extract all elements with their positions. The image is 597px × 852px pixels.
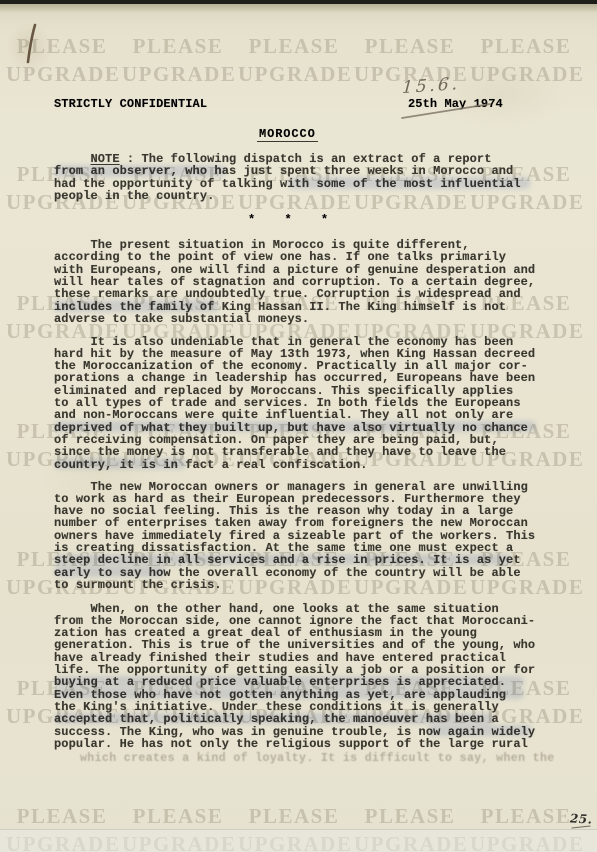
typed-line: to work as hard as their European predec… <box>54 493 521 505</box>
typed-line: and non-Moroccans were quite influential… <box>54 409 513 421</box>
typed-line: life. The opportunity of getting easily … <box>54 664 535 676</box>
typed-line: accepted that, politically speaking, the… <box>54 713 499 725</box>
page-title: MOROCCO <box>257 128 318 142</box>
typed-line: people in the country. <box>54 190 214 202</box>
typed-line: to all types of trade and services. In b… <box>54 397 521 409</box>
typed-line: had the opportunity of talking with some… <box>54 178 521 190</box>
typed-line: The present situation in Morocco is quit… <box>54 239 470 251</box>
typed-line: porations a change in leadership has occ… <box>54 372 535 384</box>
typed-line: is creating dissatisfaction. At the same… <box>54 542 513 554</box>
typed-line: from an observer, who has just spent thr… <box>54 165 513 177</box>
typed-line: deprived of what they built up, but have… <box>54 422 528 434</box>
typed-line: It is also undeniable that in general th… <box>54 336 513 348</box>
typed-line: The new Moroccan owners or managers in g… <box>54 481 528 493</box>
typed-line: zation has created a great deal of enthu… <box>54 627 477 639</box>
typed-line: from the Moroccan side, one cannot ignor… <box>54 615 535 627</box>
typed-line: country, it is in fact a real confiscati… <box>54 459 368 471</box>
typed-line: Even those who have not gotten anything … <box>54 689 506 701</box>
typed-line: buying at a reduced price valuable enter… <box>54 676 506 688</box>
typed-line: success. The King, who was in genuine tr… <box>54 726 535 738</box>
typed-line: these remarks are undoubtedly true. Corr… <box>54 288 521 300</box>
document-date: 25th May 1974 <box>408 98 503 110</box>
bleed-through-line: which creates a kind of loyalty. It is d… <box>80 752 555 765</box>
typed-line: owners have immediately fired a sizeable… <box>54 530 535 542</box>
typed-line: of receiving compensation. On paper they… <box>54 434 499 446</box>
typed-line: the Moroccanization of the economy. Prac… <box>54 360 528 372</box>
typed-line: early to say how the overall economy of … <box>54 567 521 579</box>
paper-bottom-edge <box>0 829 597 852</box>
typed-line: since the money is not transferable and … <box>54 446 506 458</box>
typed-line: generation. This is true of the universi… <box>54 639 535 651</box>
handwritten-page-number: 25. <box>570 811 593 826</box>
handwritten-date-note: 15.6. <box>401 74 461 98</box>
paper-top-shadow <box>0 4 597 13</box>
typed-line: When, on the other hand, one looks at th… <box>54 603 499 615</box>
typed-line: includes the family of King Hassan II. T… <box>54 301 506 313</box>
typed-line: will hear tales of stagnation and corrup… <box>54 276 535 288</box>
classification-stamp: STRICTLY CONFIDENTIAL <box>54 98 207 110</box>
typed-line: the King's initiative. Under these condi… <box>54 701 499 713</box>
typed-line: according to the point of view one has. … <box>54 251 506 263</box>
typed-line: steep decline in all services and a rise… <box>54 554 521 566</box>
typed-line: eliminated and replaced by Moroccans. Th… <box>54 385 513 397</box>
typed-line: to surmount the crisis. <box>54 579 222 591</box>
typed-line: adverse to take substantial moneys. <box>54 313 309 325</box>
separator-asterisks: * * * <box>248 214 328 226</box>
document-scan: PLEASEUPGRADEPLEASEUPGRADEPLEASEUPGRADEP… <box>0 0 597 852</box>
typed-line: NOTE : The following dispatch is an extr… <box>54 153 492 165</box>
typed-line: popular. He has not only the religious s… <box>54 738 528 750</box>
typed-line: have already finished their studies and … <box>54 652 506 664</box>
typed-line: hard hit by the measure of May 13th 1973… <box>54 348 535 360</box>
typed-line: number of enterprises taken away from fo… <box>54 517 528 529</box>
typed-line: have no social feeling. This is the reas… <box>54 505 513 517</box>
typed-line: with Europeans, one will find a picture … <box>54 264 535 276</box>
